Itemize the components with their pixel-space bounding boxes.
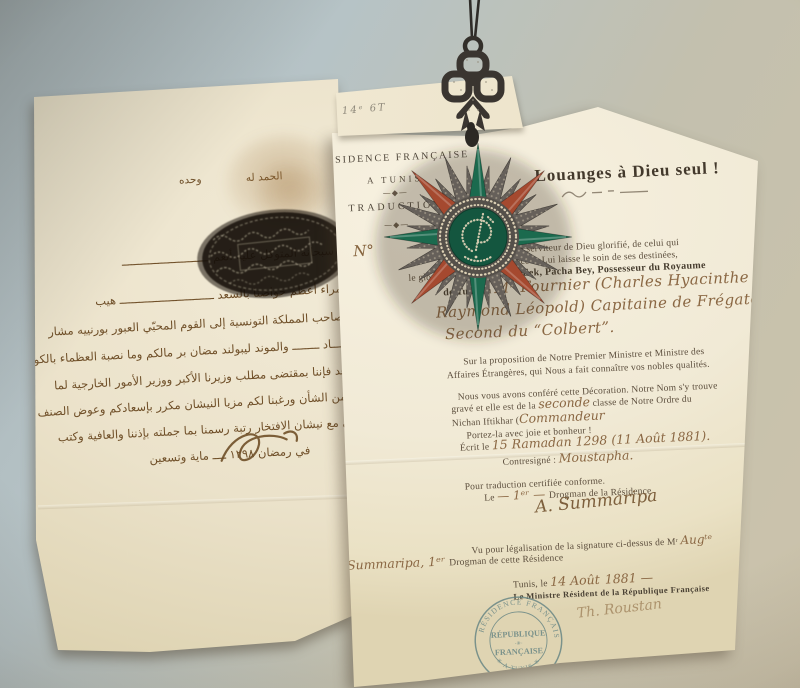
photograph-of-award-documents: الحمد له وحده والله سبحانه المتوكل عليه … [0, 0, 800, 688]
pencil-inscription: 14ᵉ 6T [342, 102, 388, 117]
cord-icon [470, 0, 479, 38]
medal-centre [437, 196, 519, 278]
medal-loop [465, 122, 479, 147]
nichan-iftikhar-medal [363, 117, 593, 357]
